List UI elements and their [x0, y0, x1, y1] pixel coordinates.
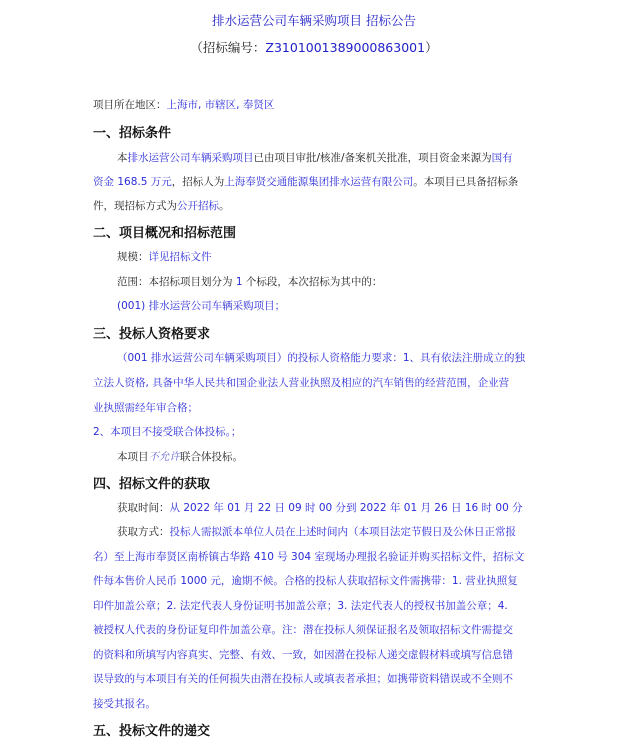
scope-line: 范围：本招标项目划分为 1 个标段，本次招标为其中的：	[117, 274, 382, 289]
acquisition-method: 获取方式：投标人需拟派本单位人员在上述时间内（本项目法定节假日及公休日正常报	[117, 524, 516, 539]
tender-code-value: Z3101001389000863001	[265, 40, 425, 55]
text: ，招标人为	[172, 176, 225, 188]
method-text: 误导致的与本项目有关的任何损失由潜在投标人或填表者承担；如携带资料错误或不全则不	[93, 671, 513, 686]
lot-count: 1	[233, 276, 246, 288]
method-text: 印件加盖公章；2. 法定代表人身份证明书加盖公章；3. 法定代表人的授权书加盖公…	[93, 598, 508, 613]
text: 件，现招标方式为	[93, 200, 177, 212]
fund-amount: 资金 168.5 万元	[93, 176, 172, 188]
s1-line-3: 件，现招标方式为公开招标。	[93, 198, 230, 213]
time-value: 从 2022 年 01 月 22 日 09 时 00 分到 2022 年 01 …	[170, 502, 523, 514]
text: 个标段，本次招标为其中的：	[246, 276, 383, 288]
section-heading-3: 三、投标人资格要求	[93, 323, 210, 342]
method-text: 名）至上海市奉贤区南桥镇古华路 410 号 304 室现场办理报名验证并购买招标…	[93, 549, 524, 564]
consortium-rule: 2、本项目不接受联合体投标。；	[93, 424, 241, 439]
section-heading-4: 四、招标文件的获取	[93, 473, 210, 492]
region-value: 上海市, 市辖区, 奉贤区	[167, 99, 275, 111]
tenderer-name: 上海奉贤交通能源集团排水运营有限公司	[224, 176, 413, 188]
consortium-status: 不允许	[149, 451, 181, 463]
qualification-line: （001 排水运营公司车辆采购项目）的投标人资格能力要求：1、具有依法注册成立的…	[117, 350, 525, 365]
section-heading-2: 二、项目概况和招标范围	[93, 222, 236, 241]
project-region: 项目所在地区：上海市, 市辖区, 奉贤区	[93, 97, 274, 112]
method-label: 获取方式：	[117, 526, 170, 538]
text: 。本项目已具备招标条	[413, 176, 518, 188]
section-heading-1: 一、招标条件	[93, 122, 171, 141]
scale-value: 详见招标文件	[149, 251, 212, 263]
time-label: 获取时间：	[117, 502, 170, 514]
lot-item: (001) 排水运营公司车辆采购项目；	[117, 298, 285, 313]
text: 范围：本招标项目划分为	[117, 276, 233, 288]
section-heading-5: 五、投标文件的递交	[93, 720, 210, 739]
text: 已由项目审批/核准/备案机关批准，项目资金来源为	[254, 152, 492, 164]
method-text: 被授权人代表的身份证复印件加盖公章。注：潜在投标人须保证报名及领取招标文件需提交	[93, 622, 513, 637]
tender-method: 公开招标	[177, 200, 219, 212]
region-label: 项目所在地区：	[93, 99, 167, 111]
text: 。	[219, 200, 230, 212]
project-name: 排水运营公司车辆采购项目	[128, 152, 254, 164]
fund-source: 国有	[492, 152, 513, 164]
scale-line: 规模：详见招标文件	[117, 249, 212, 264]
s1-line-1: 本排水运营公司车辆采购项目已由项目审批/核准/备案机关批准，项目资金来源为国有	[117, 150, 513, 165]
page-title: 排水运营公司车辆采购项目 招标公告	[0, 11, 628, 29]
tender-code-prefix: （招标编号：	[190, 40, 265, 55]
tender-code-suffix: ）	[425, 40, 438, 55]
method-text: 件每本售价人民币 1000 元，逾期不候。合格的投标人获取招标文件需携带：1. …	[93, 573, 518, 588]
method-text: 投标人需拟派本单位人员在上述时间内（本项目法定节假日及公休日正常报	[170, 526, 517, 538]
qualification-line: 业执照需经年审合格；	[93, 400, 198, 415]
s1-line-2: 资金 168.5 万元，招标人为上海奉贤交通能源集团排水运营有限公司。本项目已具…	[93, 174, 518, 189]
text: 联合体投标。	[180, 451, 243, 463]
text: 本	[117, 152, 128, 164]
method-text: 接受其报名。	[93, 696, 156, 711]
method-text: 的资料和所填写内容真实、完整、有效、一致，如因潜在投标人递交虚假材料或填写信息错	[93, 647, 513, 662]
text: 本项目	[117, 451, 149, 463]
qualification-line: 立法人资格, 具备中华人民共和国企业法人营业执照及相应的汽车销售的经营范围，企业…	[93, 375, 509, 390]
acquisition-time: 获取时间：从 2022 年 01 月 22 日 09 时 00 分到 2022 …	[117, 500, 523, 515]
scale-label: 规模：	[117, 251, 149, 263]
tender-code: （招标编号：Z3101001389000863001）	[0, 38, 628, 56]
consortium-line: 本项目不允许联合体投标。	[117, 449, 243, 464]
